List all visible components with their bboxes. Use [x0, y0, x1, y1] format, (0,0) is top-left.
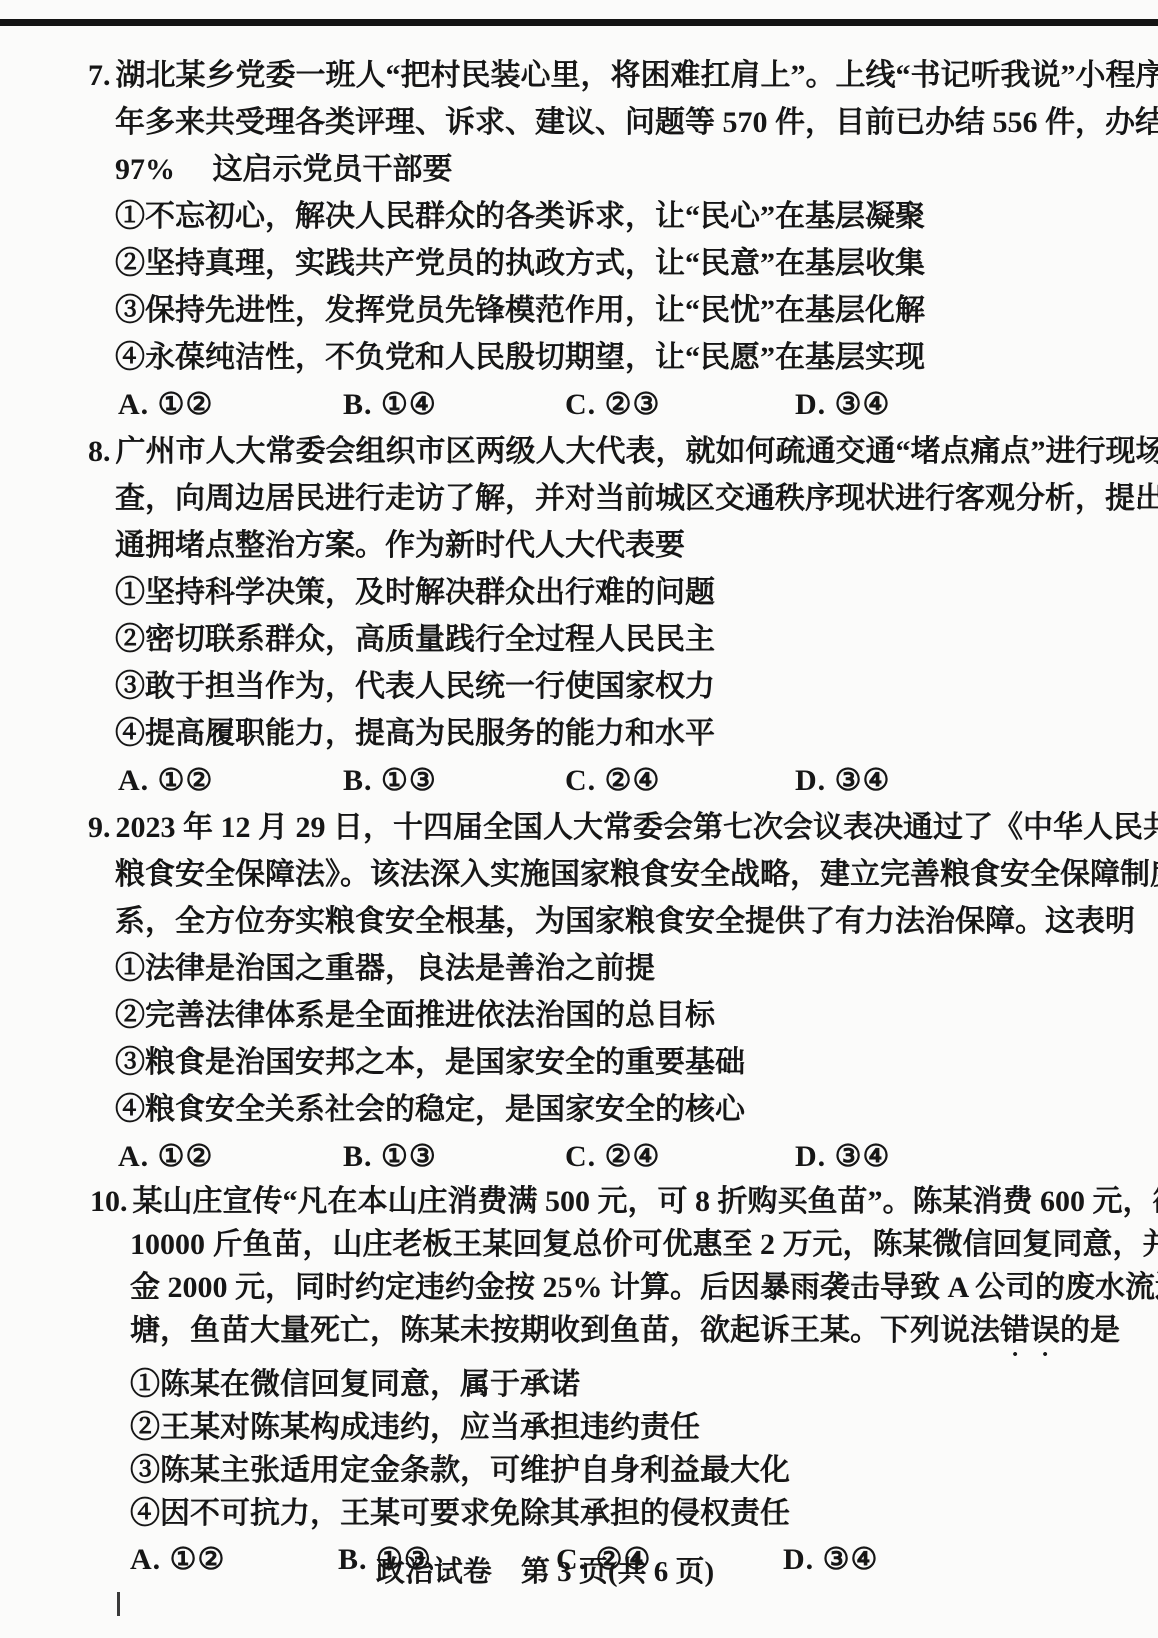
question-stem-line-with-emphasis: 塘，鱼苗大量死亡，陈某未按期收到鱼苗，欲起诉王某。下列说法错误的是	[0, 1309, 1158, 1363]
stem-text: 的是	[1060, 1314, 1120, 1347]
question-stem-line: 10000 斤鱼苗，山庄老板王某回复总价可优惠至 2 万元，陈某微信回复同意，并…	[0, 1223, 1158, 1266]
question-stem-line: 查，向周边居民进行走访了解，并对当前城区交通秩序现状进行客观分析，提出优化交	[0, 475, 1158, 522]
choice-b: B. ①③	[343, 1133, 565, 1180]
stem-text: 某山庄宣传“凡在本山庄消费满 500 元，可 8 折购买鱼苗”。陈某消费 600…	[133, 1185, 1158, 1218]
choice-b: B. ①④	[343, 381, 565, 428]
stem-text: 塘，鱼苗大量死亡，陈某未按期收到鱼苗，欲起诉王某。下列说法	[130, 1314, 1000, 1347]
top-rule-divider	[0, 19, 1158, 26]
question-number: 10.	[90, 1185, 128, 1218]
question-stem-line: 通拥堵点整治方案。作为新时代人大代表要	[0, 522, 1158, 569]
option-line-4: ④提高履职能力，提高为民服务的能力和水平	[0, 710, 1158, 757]
question-10: 10.某山庄宣传“凡在本山庄消费满 500 元，可 8 折购买鱼苗”。陈某消费 …	[0, 1180, 1158, 1585]
choice-c: C. ②③	[565, 381, 795, 428]
choice-c: C. ②④	[565, 757, 795, 804]
choice-d: D. ③④	[795, 757, 1158, 804]
option-line-2: ②密切联系群众，高质量践行全过程人民民主	[0, 616, 1158, 663]
stem-text: 广州市人大常委会组织市区两级人大代表，就如何疏通交通“堵点痛点”进行现场调	[116, 435, 1158, 468]
question-7: 7.湖北某乡党委一班人“把村民装心里，将困难扛肩上”。上线“书记听我说”小程序，…	[0, 52, 1158, 428]
page-content: 7.湖北某乡党委一班人“把村民装心里，将困难扛肩上”。上线“书记听我说”小程序，…	[0, 52, 1158, 1585]
question-number: 7.	[88, 59, 111, 92]
question-8: 8.广州市人大常委会组织市区两级人大代表，就如何疏通交通“堵点痛点”进行现场调 …	[0, 428, 1158, 804]
option-line-4: ④永葆纯洁性，不负党和人民殷切期望，让“民愿”在基层实现	[0, 334, 1158, 381]
question-stem-line: 粮食安全保障法》。该法深入实施国家粮食安全战略，建立完善粮食安全保障制度体	[0, 851, 1158, 898]
question-stem-line: 9.2023 年 12 月 29 日，十四届全国人大常委会第七次会议表决通过了《…	[0, 804, 1158, 851]
answer-choices-row: A. ①② B. ①④ C. ②③ D. ③④	[0, 381, 1158, 428]
option-line-3: ③粮食是治国安邦之本，是国家安全的重要基础	[0, 1039, 1158, 1086]
question-stem-line: 系，全方位夯实粮食安全根基，为国家粮食安全提供了有力法治保障。这表明	[0, 898, 1158, 945]
choice-c: C. ②④	[565, 1133, 795, 1180]
option-line-2: ②完善法律体系是全面推进依法治国的总目标	[0, 992, 1158, 1039]
option-line-1: ①不忘初心，解决人民群众的各类诉求，让“民心”在基层凝聚	[0, 193, 1158, 240]
scan-artifact-mark	[117, 1592, 120, 1616]
emphasized-text: 错误	[1000, 1314, 1060, 1347]
option-line-1: ①坚持科学决策，及时解决群众出行难的问题	[0, 569, 1158, 616]
question-stem-line: 10.某山庄宣传“凡在本山庄消费满 500 元，可 8 折购买鱼苗”。陈某消费 …	[0, 1180, 1158, 1223]
option-line-2: ②王某对陈某构成违约，应当承担违约责任	[0, 1406, 1158, 1449]
choice-d: D. ③④	[795, 1133, 1158, 1180]
stem-text: 2023 年 12 月 29 日，十四届全国人大常委会第七次会议表决通过了《中华…	[116, 811, 1158, 844]
question-stem-line: 8.广州市人大常委会组织市区两级人大代表，就如何疏通交通“堵点痛点”进行现场调	[0, 428, 1158, 475]
option-line-3: ③敢于担当作为，代表人民统一行使国家权力	[0, 663, 1158, 710]
question-stem-line: 7.湖北某乡党委一班人“把村民装心里，将困难扛肩上”。上线“书记听我说”小程序，…	[0, 52, 1158, 99]
option-line-2: ②坚持真理，实践共产党员的执政方式，让“民意”在基层收集	[0, 240, 1158, 287]
question-stem-line: 年多来共受理各类评理、诉求、建议、问题等 570 件，目前已办结 556 件，办…	[0, 99, 1158, 146]
answer-choices-row: A. ①② B. ①③ C. ②④ D. ③④	[0, 1133, 1158, 1180]
choice-b: B. ①③	[343, 757, 565, 804]
option-line-4: ④粮食安全关系社会的稳定，是国家安全的核心	[0, 1086, 1158, 1133]
choice-a: A. ①②	[118, 381, 343, 428]
question-number: 8.	[88, 435, 111, 468]
question-stem-line: 金 2000 元，同时约定违约金按 25% 计算。后因暴雨袭击导致 A 公司的废…	[0, 1266, 1158, 1309]
choice-d: D. ③④	[795, 381, 1158, 428]
option-line-4: ④因不可抗力，王某可要求免除其承担的侵权责任	[0, 1492, 1158, 1535]
answer-choices-row: A. ①② B. ①③ C. ②④ D. ③④	[0, 757, 1158, 804]
option-line-3: ③陈某主张适用定金条款，可维护自身利益最大化	[0, 1449, 1158, 1492]
option-line-1: ①陈某在微信回复同意，属于承诺	[0, 1363, 1158, 1406]
option-line-3: ③保持先进性，发挥党员先锋模范作用，让“民忧”在基层化解	[0, 287, 1158, 334]
question-9: 9.2023 年 12 月 29 日，十四届全国人大常委会第七次会议表决通过了《…	[0, 804, 1158, 1180]
exam-page: 7.湖北某乡党委一班人“把村民装心里，将困难扛肩上”。上线“书记听我说”小程序，…	[0, 0, 1158, 1638]
page-footer: 政治试卷 第 3 页(共 6 页)	[0, 1552, 1124, 1592]
choice-a: A. ①②	[118, 1133, 343, 1180]
question-stem-line: 97% 这启示党员干部要	[0, 146, 1158, 193]
option-line-1: ①法律是治国之重器，良法是善治之前提	[0, 945, 1158, 992]
stem-text: 湖北某乡党委一班人“把村民装心里，将困难扛肩上”。上线“书记听我说”小程序，一	[116, 59, 1158, 92]
choice-a: A. ①②	[118, 757, 343, 804]
question-number: 9.	[88, 811, 111, 844]
